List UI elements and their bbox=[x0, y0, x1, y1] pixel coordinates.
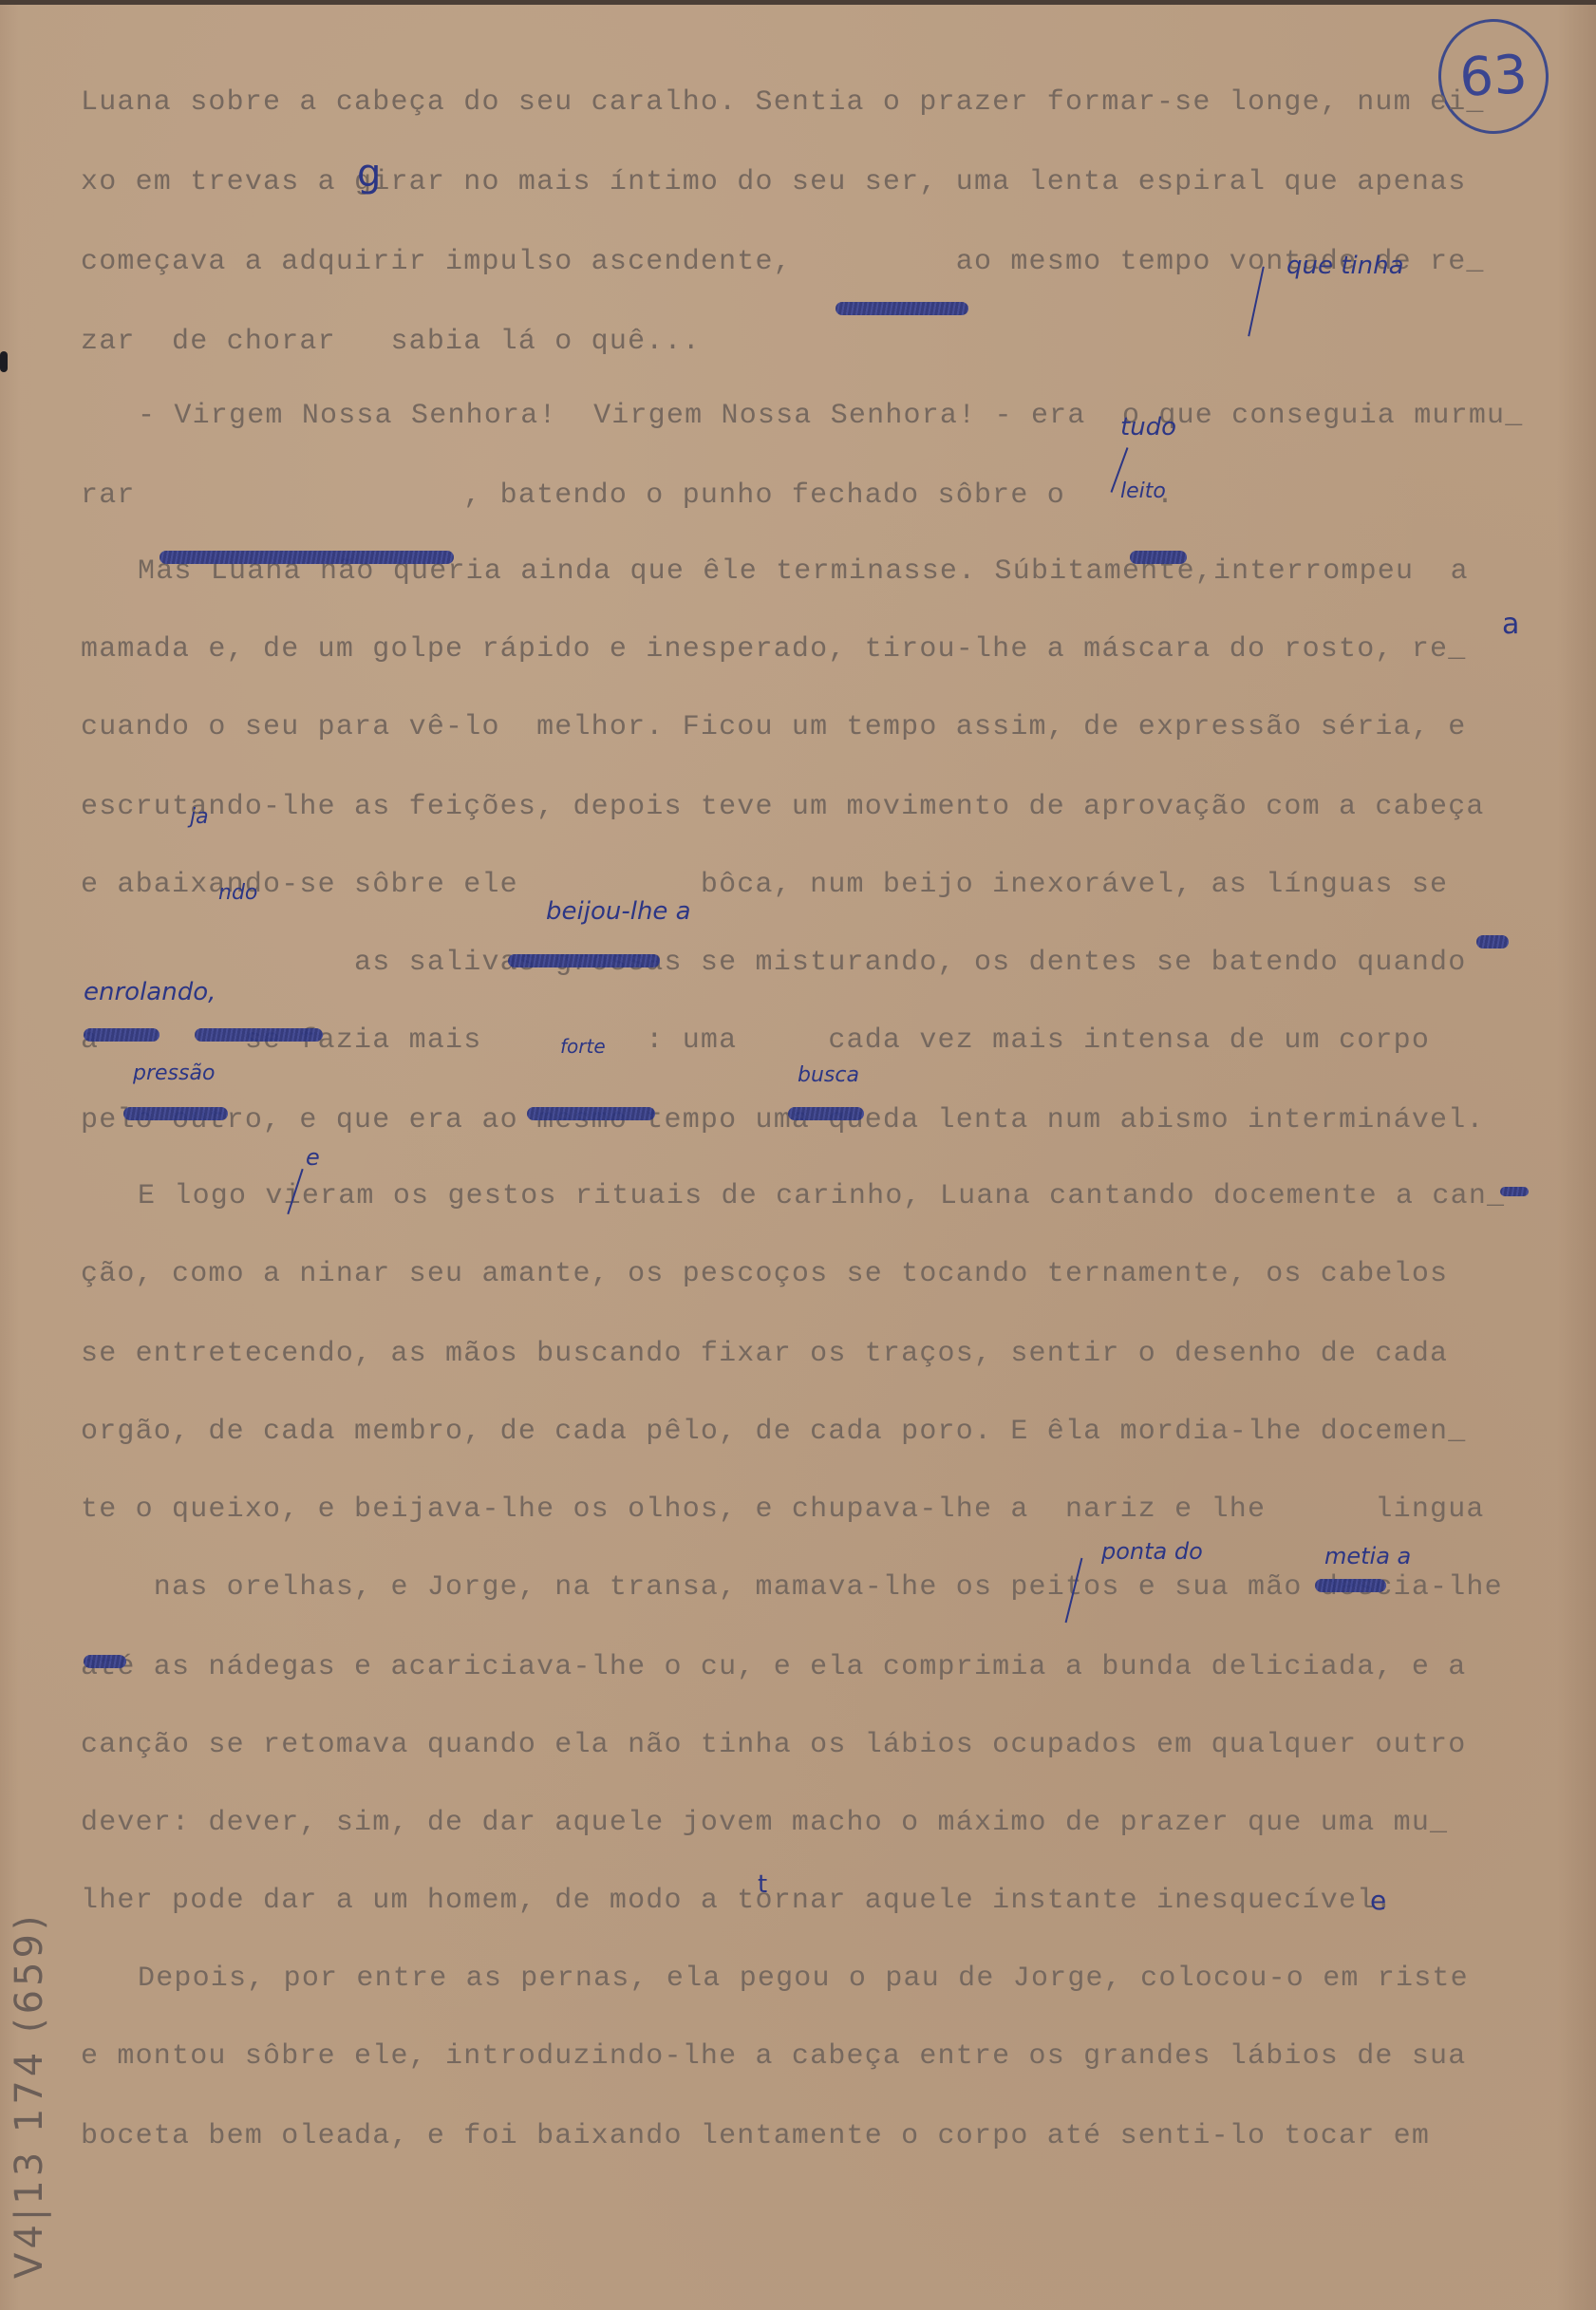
handwritten-insert-enrolando: enrolando, bbox=[84, 978, 216, 1006]
handwritten-insert-ponta-do: ponta do bbox=[1101, 1538, 1203, 1565]
handwritten-insert-beijou-lhe-a: beijou-lhe a bbox=[546, 897, 691, 926]
typed-line-22: canção se retomava quando ela não tinha … bbox=[81, 1726, 1466, 1764]
typed-line-6: rar , batendo o punho fechado sôbre o . bbox=[81, 477, 1174, 515]
handwritten-insert-ja: ja bbox=[190, 805, 209, 829]
struck-out-word bbox=[84, 1028, 160, 1042]
typed-line-14: pelo outro, e que era ao mesmo tempo uma… bbox=[81, 1101, 1485, 1139]
handwritten-insert-busca: busca bbox=[798, 1063, 859, 1087]
typed-line-27: boceta bem oleada, e foi baixando lentam… bbox=[81, 2117, 1430, 2155]
struck-out-word bbox=[84, 1655, 126, 1668]
handwritten-correction-t: t bbox=[758, 1870, 767, 1899]
handwritten-insert-que-tinha: que tinha bbox=[1286, 252, 1404, 280]
handwritten-correction-e: e bbox=[1370, 1885, 1386, 1916]
handwritten-insert-tudo: tudo bbox=[1120, 413, 1176, 441]
typed-line-5: - Virgem Nossa Senhora! Virgem Nossa Sen… bbox=[138, 397, 1523, 435]
typed-line-1: Luana sobre a cabeça do seu caralho. Sen… bbox=[81, 84, 1485, 122]
typed-line-17: se entretecendo, as mãos buscando fixar … bbox=[81, 1335, 1448, 1373]
handwritten-insert-metia-a: metia a bbox=[1324, 1543, 1411, 1569]
handwritten-insert-leito: leito bbox=[1120, 479, 1166, 503]
struck-out-word bbox=[788, 1107, 864, 1120]
handwritten-insert-pressao: pressão bbox=[133, 1061, 215, 1085]
struck-out-word bbox=[123, 1107, 228, 1120]
typed-line-23: dever: dever, sim, de dar aquele jovem m… bbox=[81, 1804, 1448, 1842]
handwritten-insert-e: e bbox=[306, 1144, 320, 1171]
typed-line-12: as salivas grossas se misturando, os den… bbox=[81, 944, 1466, 982]
typed-line-20: nas orelhas, e Jorge, na transa, mamava-… bbox=[81, 1568, 1503, 1606]
page-top-edge bbox=[0, 0, 1596, 5]
typed-line-18: orgão, de cada membro, de cada pêlo, de … bbox=[81, 1413, 1466, 1451]
margin-ink-mark bbox=[0, 351, 8, 372]
handwritten-correction-a: a bbox=[1502, 608, 1519, 641]
typed-line-3: começava a adquirir impulso ascendente, … bbox=[81, 243, 1485, 281]
typed-line-26: e montou sôbre ele, introduzindo-lhe a c… bbox=[81, 2038, 1466, 2075]
typed-line-9: cuando o seu para vê-lo melhor. Ficou um… bbox=[81, 708, 1466, 746]
struck-out-word bbox=[836, 302, 968, 315]
struck-out-word bbox=[527, 1107, 655, 1120]
handwritten-insert-ndo: ndo bbox=[218, 881, 257, 905]
struck-out-syllable bbox=[1476, 935, 1509, 948]
typed-line-25: Depois, por entre as pernas, ela pegou o… bbox=[138, 1960, 1469, 1998]
struck-out-word bbox=[195, 1028, 323, 1042]
struck-out-mark bbox=[1500, 1187, 1529, 1196]
typed-line-4: zar de chorar sabia lá o quê... bbox=[81, 323, 701, 361]
struck-out-word bbox=[1315, 1579, 1386, 1592]
handwritten-correction-g: g bbox=[357, 152, 381, 196]
typed-line-19: te o queixo, e beijava-lhe os olhos, e c… bbox=[81, 1491, 1485, 1529]
typed-line-21: até as nádegas e acariciava-lhe o cu, e … bbox=[81, 1648, 1466, 1686]
typed-line-10: escrutando-lhe as feições, depois teve u… bbox=[81, 788, 1485, 826]
struck-out-word bbox=[1130, 551, 1187, 564]
typed-line-24: lher pode dar a um homem, de modo a torn… bbox=[81, 1882, 1394, 1920]
struck-out-word bbox=[508, 954, 660, 967]
typed-line-16: ção, como a ninar seu amante, os pescoço… bbox=[81, 1255, 1448, 1293]
archive-reference-annotation: V4|13 174 (659) bbox=[8, 1911, 51, 2279]
typed-line-2: xo em trevas a girar no mais íntimo do s… bbox=[81, 163, 1466, 201]
struck-out-phrase bbox=[160, 551, 454, 564]
typed-line-15: E logo vieram os gestos rituais de carin… bbox=[138, 1177, 1505, 1215]
handwritten-insert-forte: forte bbox=[560, 1035, 606, 1058]
typed-line-8: mamada e, de um golpe rápido e inesperad… bbox=[81, 630, 1466, 668]
typed-line-11: e abaixando-se sôbre ele bôca, num beijo… bbox=[81, 866, 1448, 904]
